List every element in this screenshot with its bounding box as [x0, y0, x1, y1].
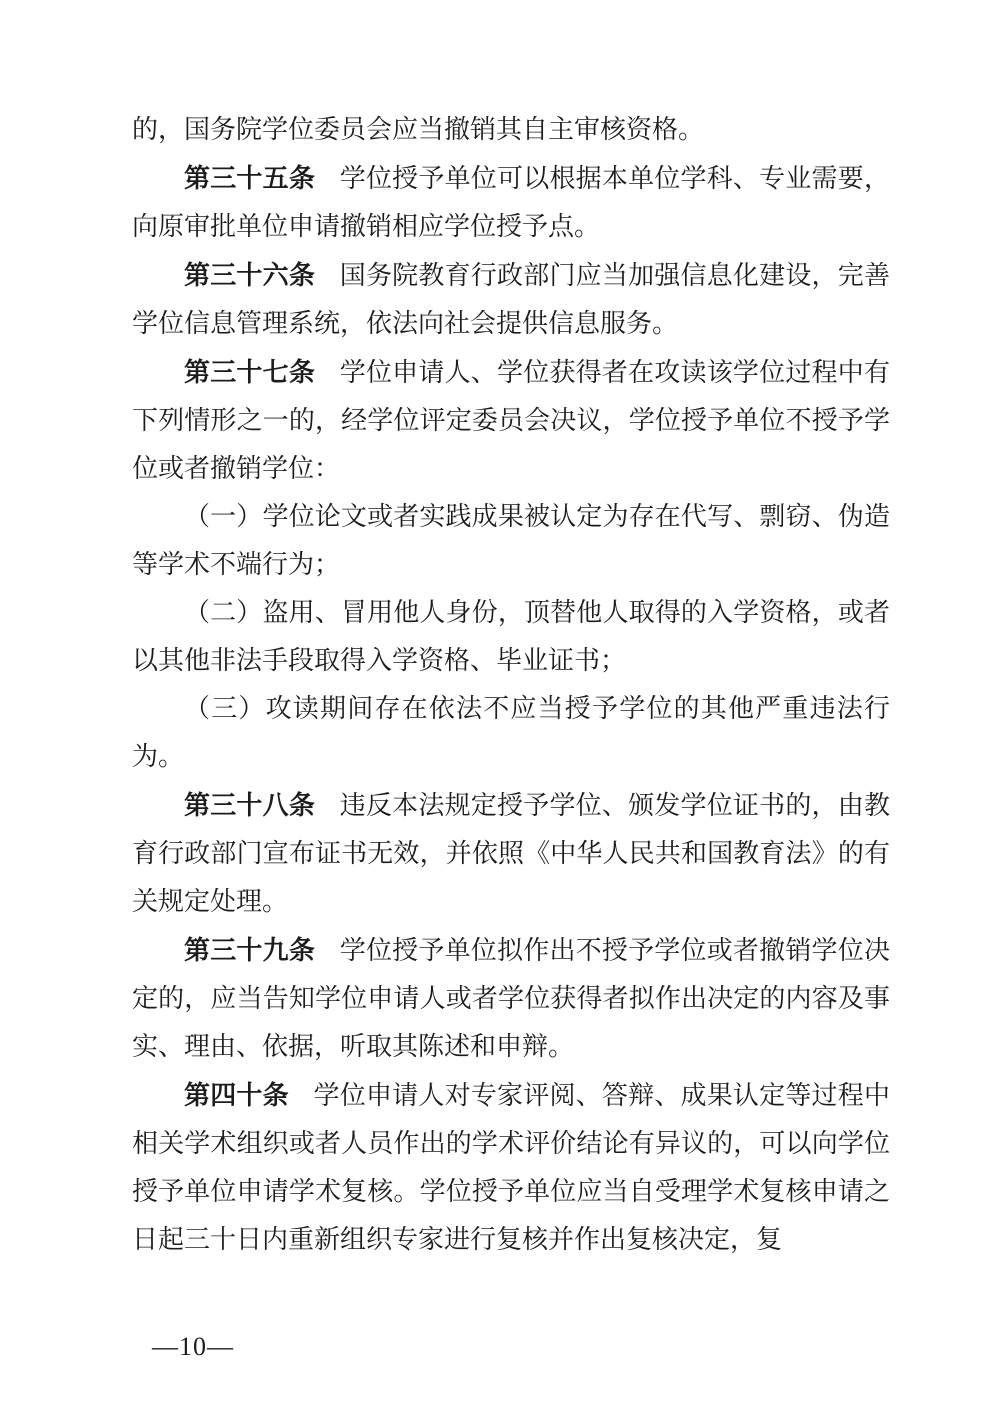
paragraph: 第三十八条违反本法规定授予学位、颁发学位证书的，由教育行政部门宣布证书无效，并依… [132, 781, 890, 926]
article-number: 第三十五条 [184, 163, 315, 193]
paragraph: 第四十条学位申请人对专家评阅、答辩、成果认定等过程中相关学术组织或者人员作出的学… [132, 1071, 890, 1264]
paragraph: 第三十七条学位申请人、学位获得者在攻读该学位过程中有下列情形之一的，经学位评定委… [132, 348, 890, 493]
paragraph-text: （三）攻读期间存在依法不应当授予学位的其他严重违法行为。 [132, 694, 890, 771]
paragraph: （二）盗用、冒用他人身份，顶替他人取得的入学资格，或者以其他非法手段取得入学资格… [132, 589, 890, 685]
article-number: 第四十条 [184, 1080, 289, 1110]
article-number: 第三十六条 [184, 260, 315, 290]
paragraph: 第三十五条学位授予单位可以根据本单位学科、专业需要，向原审批单位申请撤销相应学位… [132, 154, 890, 251]
paragraph: （三）攻读期间存在依法不应当授予学位的其他严重违法行为。 [132, 685, 890, 781]
paragraph: （一）学位论文或者实践成果被认定为存在代写、剽窃、伪造等学术不端行为； [132, 493, 890, 589]
paragraph-text: （二）盗用、冒用他人身份，顶替他人取得的入学资格，或者以其他非法手段取得入学资格… [132, 598, 890, 675]
article-number: 第三十七条 [184, 357, 315, 387]
paragraph: 第三十六条国务院教育行政部门应当加强信息化建设，完善学位信息管理系统，依法向社会… [132, 251, 890, 348]
paragraph-text: 的，国务院学位委员会应当撤销其自主审核资格。 [132, 115, 704, 144]
paragraph: 第三十九条学位授予单位拟作出不授予学位或者撤销学位决定的，应当告知学位申请人或者… [132, 926, 890, 1071]
article-number: 第三十八条 [184, 790, 315, 820]
document-body: 的，国务院学位委员会应当撤销其自主审核资格。 第三十五条学位授予单位可以根据本单… [132, 106, 890, 1264]
document-page: 的，国务院学位委员会应当撤销其自主审核资格。 第三十五条学位授予单位可以根据本单… [0, 0, 992, 1403]
paragraph-text: （一）学位论文或者实践成果被认定为存在代写、剽窃、伪造等学术不端行为； [132, 502, 890, 579]
paragraph: 的，国务院学位委员会应当撤销其自主审核资格。 [132, 106, 890, 154]
article-number: 第三十九条 [184, 935, 315, 965]
page-number: —10— [152, 1332, 234, 1362]
